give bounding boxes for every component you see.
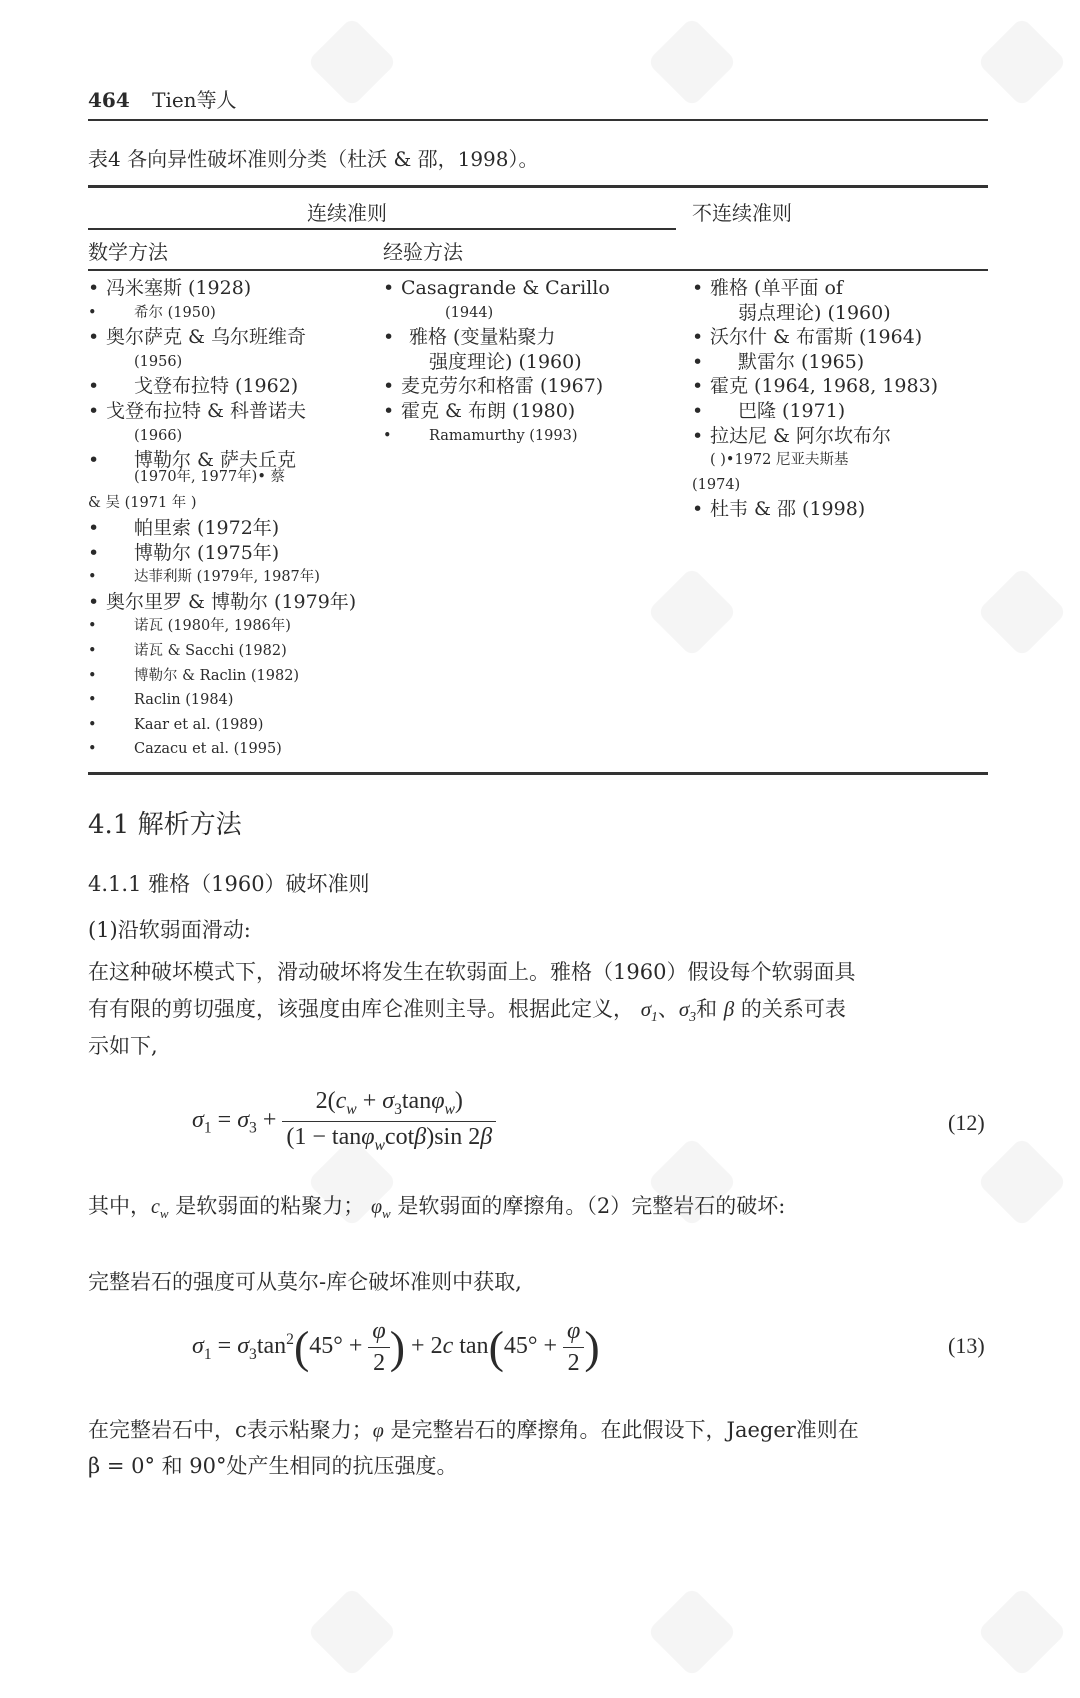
list-item: •帕里索 (1972年): [88, 516, 356, 541]
watermark-logo: [307, 1587, 398, 1678]
watermark-logo: [647, 17, 738, 108]
list-item: •沃尔什 & 布雷斯 (1964): [692, 325, 938, 350]
list-item: •巴隆 (1971): [692, 399, 938, 424]
paragraph-line: 在完整岩石中，c表示粘聚力；φ 是完整岩石的摩擦角。在此假设下，Jaeger准则…: [88, 1414, 859, 1444]
header-rule: [88, 119, 988, 121]
watermark-logo: [977, 567, 1068, 658]
list-item: (1970年, 1977年)• 蔡: [88, 465, 356, 490]
watermark-logo: [977, 17, 1068, 108]
math-methods-list: •冯米塞斯 (1928) •希尔 (1950) •奥尔萨克 & 乌尔班维奇 (1…: [88, 276, 356, 762]
page-number: 464: [88, 88, 130, 112]
list-item: •达菲利斯 (1979年, 1987年): [88, 565, 356, 590]
equation-number: (12): [948, 1110, 985, 1136]
list-item: •诺瓦 (1980年, 1986年): [88, 614, 356, 639]
equation-13: σ1 = σ3tan2(45° + φ2) + 2c tan(45° + φ2): [192, 1318, 600, 1377]
header-math-methods: 数学方法: [88, 236, 168, 265]
list-item: (1974): [692, 473, 938, 498]
list-item: •奥尔里罗 & 博勒尔 (1979年): [88, 590, 356, 615]
subsection-heading: 4.1.1 雅格（1960）破坏准则: [88, 868, 370, 898]
running-head: 464 Tien等人: [88, 84, 237, 113]
paragraph-line: 完整岩石的强度可从莫尔-库仑破坏准则中获取,: [88, 1266, 522, 1296]
list-item: (1966): [88, 424, 356, 449]
symbol-sigma: σ1: [641, 997, 658, 1021]
watermark-logo: [647, 1587, 738, 1678]
discontinuous-methods-list: •雅格 (单平面 of 弱点理论) (1960) •沃尔什 & 布雷斯 (196…: [692, 276, 938, 522]
list-item: •霍克 & 布朗 (1980): [383, 399, 610, 424]
list-item: & 吴 (1971 年 ): [88, 491, 356, 516]
table-caption: 表4 各向异性破坏准则分类（杜沃 & 邵，1998）。: [88, 143, 539, 172]
empirical-methods-list: •Casagrande & Carillo (1944) •雅格 (变量粘聚力 …: [383, 276, 610, 448]
list-item: •诺瓦 & Sacchi (1982): [88, 639, 356, 664]
list-item: •戈登布拉特 (1962): [88, 374, 356, 399]
list-item: •杜韦 & 邵 (1998): [692, 497, 938, 522]
paragraph-line: 有有限的剪切强度，该强度由库仑准则主导。根据此定义， σ1、σ3和 β 的关系可…: [88, 993, 846, 1025]
list-item: •戈登布拉特 & 科普诺夫: [88, 399, 356, 424]
equation-number: (13): [948, 1333, 985, 1359]
list-item: 强度理论) (1960): [383, 350, 610, 375]
case1-label: (1)沿软弱面滑动:: [88, 914, 251, 944]
watermark-logo: [307, 17, 398, 108]
table-bottom-rule: [88, 772, 988, 775]
watermark-logo: [977, 1137, 1068, 1228]
paragraph-line: 示如下,: [88, 1030, 158, 1060]
list-item: •雅格 (变量粘聚力: [383, 325, 610, 350]
section-heading: 4.1 解析方法: [88, 804, 242, 841]
table-top-rule: [88, 185, 988, 188]
list-item: •雅格 (单平面 of: [692, 276, 938, 301]
list-item: •博勒尔 & Raclin (1982): [88, 664, 356, 689]
watermark-logo: [977, 1587, 1068, 1678]
list-item: •博勒尔 (1975年): [88, 541, 356, 566]
header-discontinuous: 不连续准则: [692, 197, 792, 226]
header-empirical-methods: 经验方法: [383, 236, 463, 265]
paragraph-line: 其中，cw 是软弱面的粘聚力； φw 是软弱面的摩擦角。（2）完整岩石的破坏:: [88, 1190, 785, 1222]
list-item: •希尔 (1950): [88, 301, 356, 326]
list-item: •Ramamurthy (1993): [383, 424, 610, 449]
list-item: •默雷尔 (1965): [692, 350, 938, 375]
paragraph-line: 在这种破坏模式下，滑动破坏将发生在软弱面上。雅格（1960）假设每个软弱面具: [88, 956, 855, 986]
list-item: ( )•1972 尼亚夫斯基: [692, 448, 938, 473]
running-head-authors: Tien等人: [152, 88, 236, 112]
list-item: •Casagrande & Carillo: [383, 276, 610, 301]
list-item: (1956): [88, 350, 356, 375]
paragraph-line: β = 0° 和 90°处产生相同的抗压强度。: [88, 1450, 458, 1480]
list-item: •拉达尼 & 阿尔坎布尔: [692, 424, 938, 449]
list-item: •Kaar et al. (1989): [88, 713, 356, 738]
list-item: •奥尔萨克 & 乌尔班维奇: [88, 325, 356, 350]
list-item: (1944): [383, 301, 610, 326]
list-item: •麦克劳尔和格雷 (1967): [383, 374, 610, 399]
header-continuous: 连续准则: [307, 197, 387, 226]
list-item: •冯米塞斯 (1928): [88, 276, 356, 301]
continuous-span-rule: [88, 228, 676, 230]
watermark-logo: [647, 567, 738, 658]
list-item: •Cazacu et al. (1995): [88, 737, 356, 762]
equation-12: σ1 = σ3 + 2(cw + σ3tanφw) (1 − tanφwcotβ…: [192, 1088, 496, 1155]
list-item: 弱点理论) (1960): [692, 301, 938, 326]
table-header-bottom-rule: [88, 269, 988, 271]
list-item: •霍克 (1964, 1968, 1983): [692, 374, 938, 399]
list-item: •Raclin (1984): [88, 688, 356, 713]
